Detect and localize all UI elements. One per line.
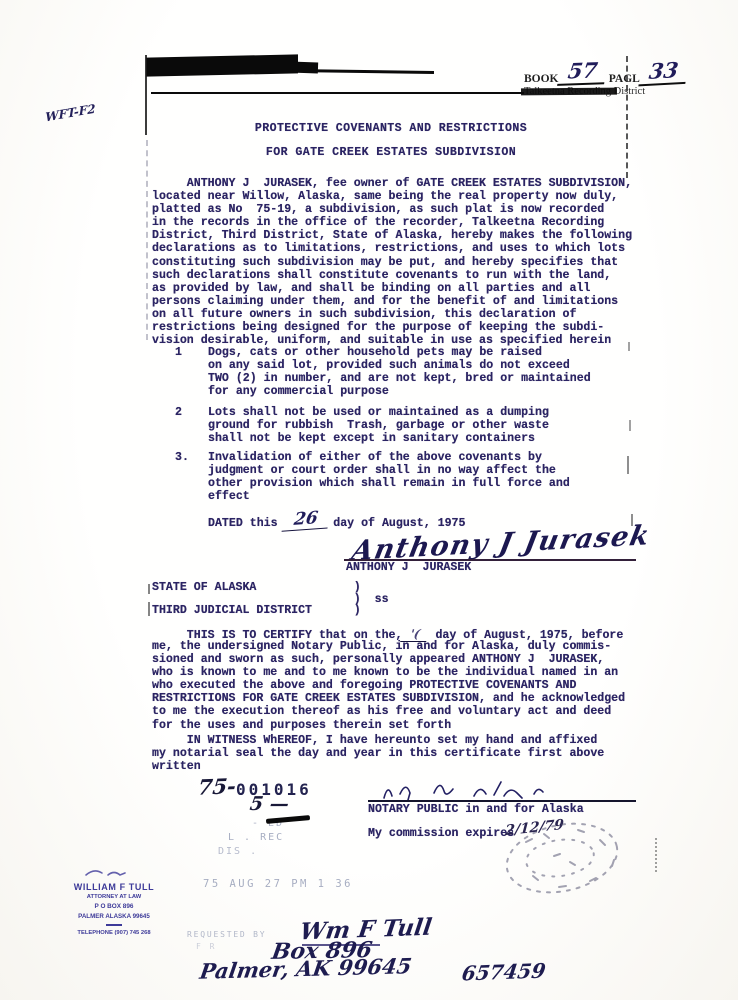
attorney-box: P O BOX 896 <box>58 903 170 910</box>
dated-prefix: DATED this <box>208 517 278 530</box>
long-rule-line <box>151 92 524 94</box>
dated-day-handwritten: 26 <box>281 507 330 531</box>
covenant-item-1: 1 Dogs, cats or other household pets may… <box>175 346 591 398</box>
filer-number-handwritten: 657459 <box>460 958 547 985</box>
dark-strike-mark <box>266 815 310 824</box>
serial-prefix-handwritten: 75- <box>197 773 238 799</box>
district-redaction-strike <box>521 88 617 95</box>
left-border-line <box>145 55 147 135</box>
grantor-name-typed: ANTHONY J JURASEK <box>346 561 471 574</box>
scanned-document-page: WFT-F2 BOOK 57 PAGL 33 Talkeetna Recordi… <box>0 0 738 1000</box>
covenant-number: 2 <box>175 406 208 445</box>
covenant-text: Invalidation of either of the above cove… <box>208 451 570 503</box>
dated-line: DATED this 26 day of August, 1975 <box>208 509 465 530</box>
requested-by-stamp: REQUESTED BY <box>187 930 266 939</box>
recorder-stamp-line2: L . REC <box>228 832 284 843</box>
notary-cert-paragraph: me, the undersigned Notary Public, in an… <box>152 640 625 732</box>
recorder-stamp-line3: DIS . <box>218 846 258 857</box>
document-title-line1: PROTECTIVE COVENANTS AND RESTRICTIONS <box>152 122 630 135</box>
dated-suffix: day of August, 1975 <box>333 517 465 530</box>
covenant-text: Lots shall not be used or maintained as … <box>208 406 549 445</box>
redaction-bar <box>146 54 298 76</box>
notary-seal-smudge <box>496 812 636 902</box>
serial-note-handwritten: 5 — <box>248 793 290 815</box>
document-title-line2: FOR GATE CREEK ESTATES SUBDIVISION <box>152 146 630 159</box>
book-label: BOOK <box>524 73 559 85</box>
notary-signature-line <box>368 800 636 802</box>
left-border-dashes <box>146 140 148 340</box>
filer-city-handwritten: Palmer, AK 99645 <box>198 953 413 984</box>
witness-paragraph: IN WITNESS WhEREOF, I have hereunto set … <box>152 734 604 773</box>
attorney-title: ATTORNEY AT LAW <box>58 894 170 900</box>
venue-left-tick <box>148 584 150 594</box>
attorney-stamp-block: WILLIAM F TULL ATTORNEY AT LAW P O BOX 8… <box>58 882 170 936</box>
book-value-handwritten: 57 <box>557 57 608 86</box>
covenant-item-3: 3. Invalidation of either of the above c… <box>175 451 570 503</box>
attorney-divider <box>106 924 122 926</box>
venue-block: STATE OF ALASKA ) ) ss THIRD JUDICIAL DI… <box>152 582 389 617</box>
covenant-number: 1 <box>175 346 208 398</box>
seal-right-ticks <box>655 838 657 872</box>
requested-by-stamp-line2: F R <box>196 942 216 951</box>
attorney-city: PALMER ALASKA 99645 <box>58 913 170 920</box>
right-margin-tick <box>627 456 629 474</box>
margin-note: WFT-F2 <box>45 102 96 125</box>
attorney-phone: TELEPHONE (907) 745 268 <box>58 930 170 936</box>
covenant-text: Dogs, cats or other household pets may b… <box>208 346 591 398</box>
venue-left-tick <box>148 602 150 616</box>
commission-line: My commission expires <box>368 827 514 840</box>
right-margin-tick <box>629 420 631 431</box>
book-page-row: BOOK 57 PAGL 33 <box>524 58 687 85</box>
recorder-datetime-stamp: 75 AUG 27 PM 1 36 <box>203 878 353 890</box>
attorney-name: WILLIAM F TULL <box>58 882 170 892</box>
page-value-handwritten: 33 <box>638 57 689 87</box>
opening-paragraph: ANTHONY J JURASEK, fee owner of GATE CRE… <box>152 177 632 347</box>
attorney-initial-scribble <box>84 866 128 880</box>
page-label: PAGL <box>609 73 640 85</box>
covenant-number: 3. <box>175 451 208 503</box>
covenant-item-2: 2 Lots shall not be used or maintained a… <box>175 406 549 445</box>
